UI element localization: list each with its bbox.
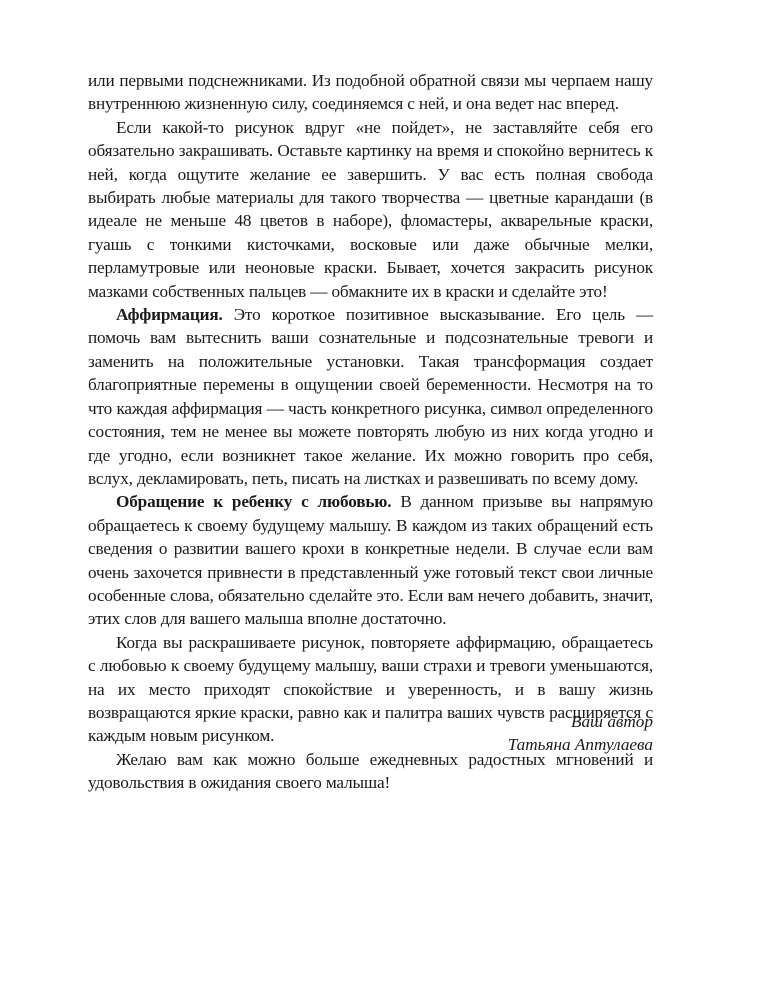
paragraph-text: В данном призыве вы напрямую обращаетесь…	[88, 492, 653, 628]
author-signature: Ваш автор Татьяна Аптулаева	[508, 710, 653, 757]
paragraph-appeal-to-child: Обращение к ребенку с любовью. В данном …	[88, 490, 653, 630]
paragraph-materials: Если какой-то рисунок вдруг «не пойдет»,…	[88, 116, 653, 303]
paragraph-text: или первыми подснежниками. Из подобной о…	[88, 71, 653, 113]
paragraph-affirmation: Аффирмация. Это короткое позитивное выск…	[88, 303, 653, 490]
signature-author-name: Татьяна Аптулаева	[508, 733, 653, 756]
paragraph-lead-term: Обращение к ребенку с любовью.	[116, 492, 391, 511]
page-body: или первыми подснежниками. Из подобной о…	[88, 69, 653, 795]
paragraph-feedback: или первыми подснежниками. Из подобной о…	[88, 69, 653, 116]
paragraph-lead-term: Аффирмация.	[116, 305, 223, 324]
paragraph-text: Это короткое позитивное высказывание. Ег…	[88, 305, 653, 488]
paragraph-text: Если какой-то рисунок вдруг «не пойдет»,…	[88, 118, 653, 301]
signature-label: Ваш автор	[508, 710, 653, 733]
